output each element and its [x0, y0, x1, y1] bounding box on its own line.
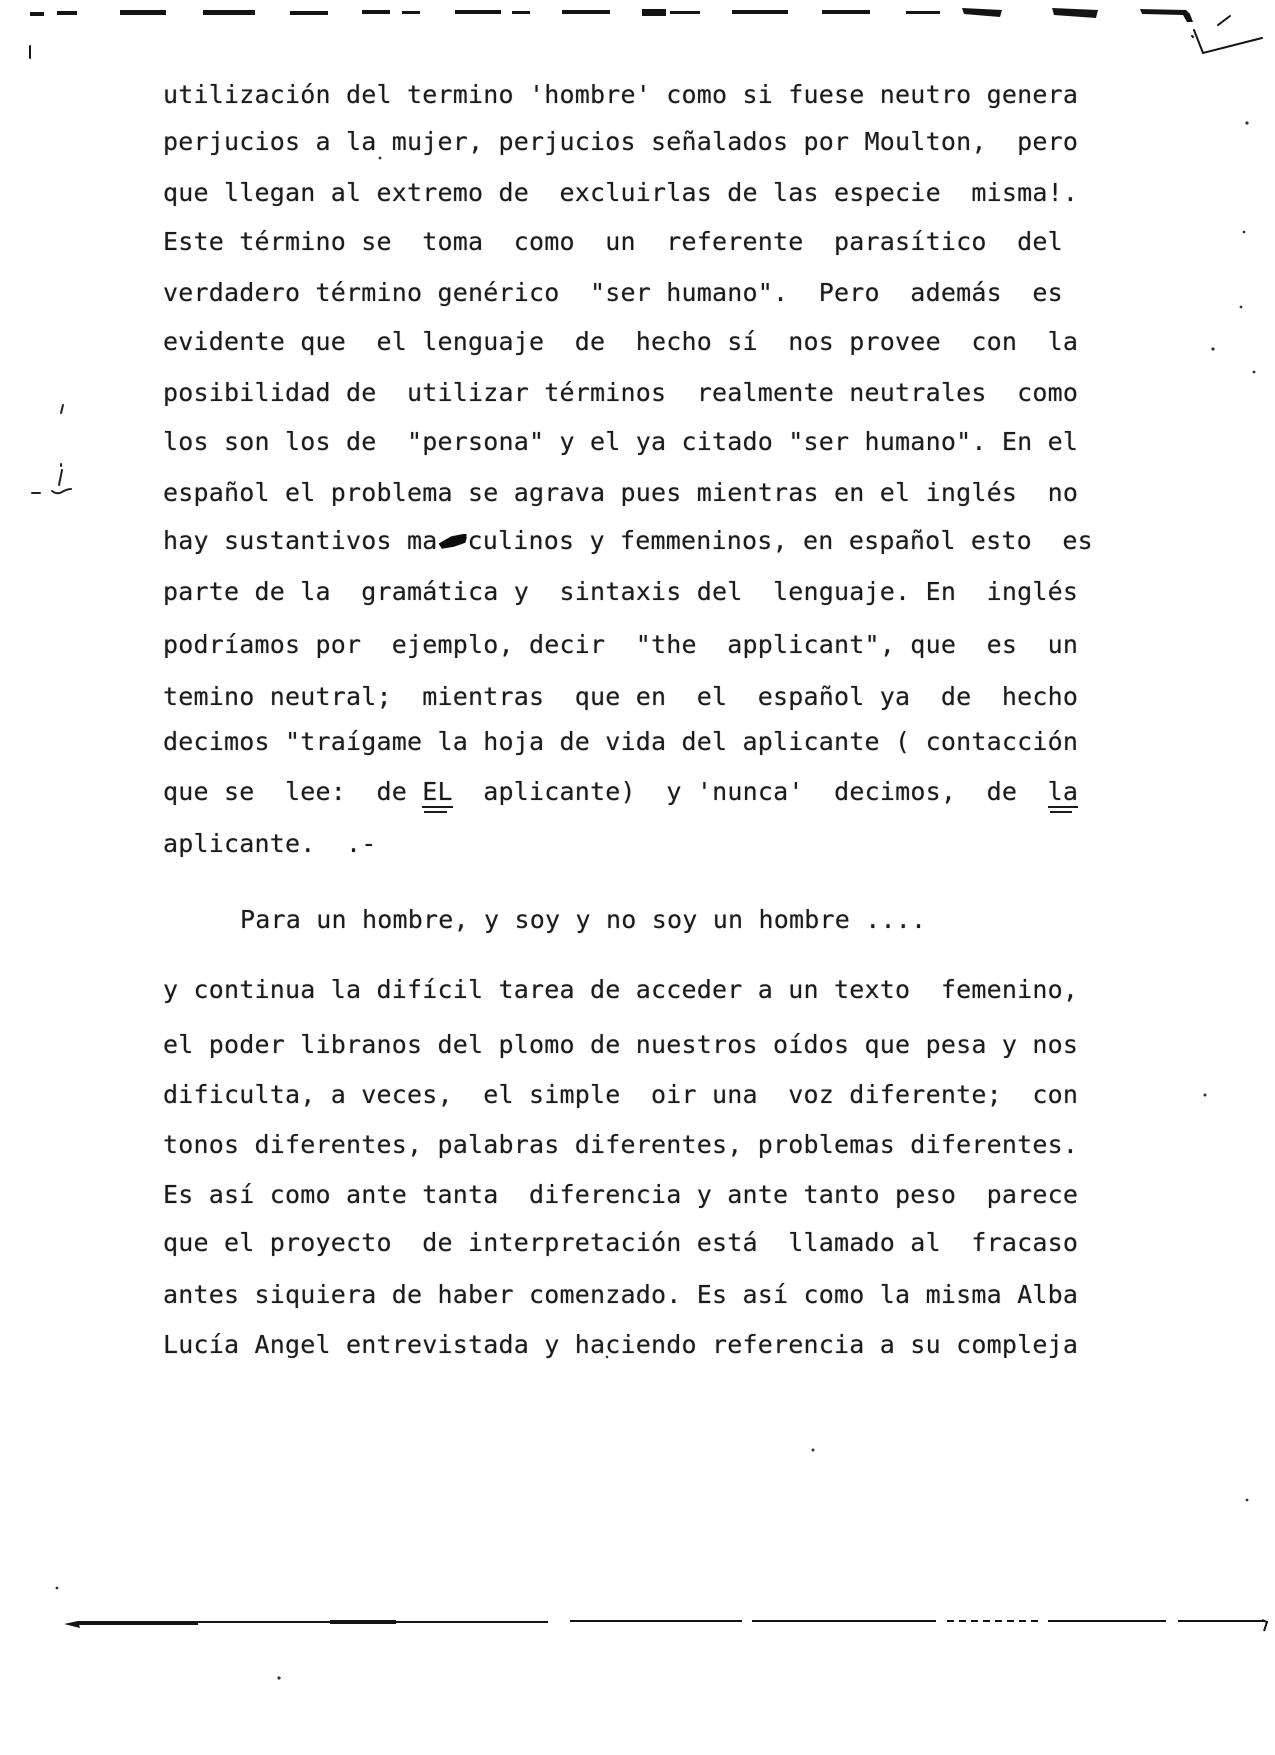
text-segment: podríamos por ejemplo, decir "the applic… [163, 630, 1078, 659]
text-line-5: verdadero término genérico "ser humano".… [163, 278, 1063, 308]
scanned-page: utilización del termino 'hombre' como si… [0, 0, 1275, 1755]
text-line-1: utilización del termino 'hombre' como si… [163, 80, 1078, 110]
text-line-25: Lucía Angel entrevistada y haciendo refe… [163, 1330, 1078, 1360]
text-line-8: los son los de "persona" y el ya citado … [163, 427, 1078, 457]
text-segment: que llegan al extremo de excluirlas de l… [163, 178, 1078, 207]
text-segment: verdadero término genérico "ser humano".… [163, 278, 1063, 307]
text-segment: utilización del termino 'hombre' como si… [163, 80, 1078, 109]
text-line-21: tonos diferentes, palabras diferentes, p… [163, 1130, 1078, 1160]
text-line-7: posibilidad de utilizar términos realmen… [163, 378, 1078, 408]
text-line-2: perjucios a la mujer, perjucios señalado… [163, 127, 1078, 157]
text-line-23: que el proyecto de interpretación está l… [163, 1228, 1078, 1258]
text-line-11: parte de la gramática y sintaxis del len… [163, 577, 1078, 607]
text-segment: Para un hombre, y soy y no soy un hombre… [240, 905, 926, 934]
text-line-16: aplicante. .- [163, 829, 377, 859]
text-line-15: que se lee: de EL aplicante) y 'nunca' d… [163, 777, 1078, 807]
text-segment: que el proyecto de interpretación está l… [163, 1228, 1078, 1257]
underlined-word: EL [422, 777, 453, 808]
text-line-6: evidente que el lenguaje de hecho sí nos… [163, 327, 1078, 357]
text-segment: Este término se toma como un referente p… [163, 227, 1063, 256]
scan-specks [0, 0, 1275, 1755]
text-segment: español el problema se agrava pues mient… [163, 478, 1078, 507]
text-segment: tonos diferentes, palabras diferentes, p… [163, 1130, 1078, 1159]
text-segment: evidente que el lenguaje de hecho sí nos… [163, 327, 1078, 356]
text-line-22: Es así como ante tanta diferencia y ante… [163, 1180, 1078, 1210]
text-segment: y continua la difícil tarea de acceder a… [163, 975, 1078, 1004]
text-segment: perjucios a la mujer, perjucios señalado… [163, 127, 1078, 156]
text-segment: antes siquiera de haber comenzado. Es as… [163, 1280, 1078, 1309]
text-line-4: Este término se toma como un referente p… [163, 227, 1063, 257]
underlined-word: la [1048, 777, 1079, 808]
text-segment: Lucía Angel entrevistada y haciendo refe… [163, 1330, 1078, 1359]
text-line-10: hay sustantivos maculinos y femmeninos, … [163, 526, 1093, 556]
text-segment: que se lee: de [163, 777, 422, 806]
text-line-13: temino neutral; mientras que en el españ… [163, 682, 1078, 712]
text-line-17: Para un hombre, y soy y no soy un hombre… [240, 905, 926, 935]
text-line-24: antes siquiera de haber comenzado. Es as… [163, 1280, 1078, 1310]
text-segment: hay sustantivos ma [163, 526, 438, 555]
text-segment: culinos y femmeninos, en español esto es [468, 526, 1093, 555]
text-segment: aplicante) y 'nunca' decimos, de [453, 777, 1048, 806]
text-line-19: el poder libranos del plomo de nuestros … [163, 1030, 1078, 1060]
text-line-3: que llegan al extremo de excluirlas de l… [163, 178, 1078, 208]
text-segment: Es así como ante tanta diferencia y ante… [163, 1180, 1078, 1209]
text-line-14: decimos "traígame la hoja de vida del ap… [163, 727, 1078, 757]
text-segment: posibilidad de utilizar términos realmen… [163, 378, 1078, 407]
text-segment: aplicante. .- [163, 829, 377, 858]
ink-blob-correction [439, 534, 467, 550]
text-segment: parte de la gramática y sintaxis del len… [163, 577, 1078, 606]
text-line-9: español el problema se agrava pues mient… [163, 478, 1078, 508]
text-line-12: podríamos por ejemplo, decir "the applic… [163, 630, 1078, 660]
text-segment: el poder libranos del plomo de nuestros … [163, 1030, 1078, 1059]
text-line-18: y continua la difícil tarea de acceder a… [163, 975, 1078, 1005]
text-line-20: dificulta, a veces, el simple oir una vo… [163, 1080, 1078, 1110]
text-segment: dificulta, a veces, el simple oir una vo… [163, 1080, 1078, 1109]
text-segment: temino neutral; mientras que en el españ… [163, 682, 1078, 711]
text-segment: decimos "traígame la hoja de vida del ap… [163, 727, 1078, 756]
text-segment: los son los de "persona" y el ya citado … [163, 427, 1078, 456]
